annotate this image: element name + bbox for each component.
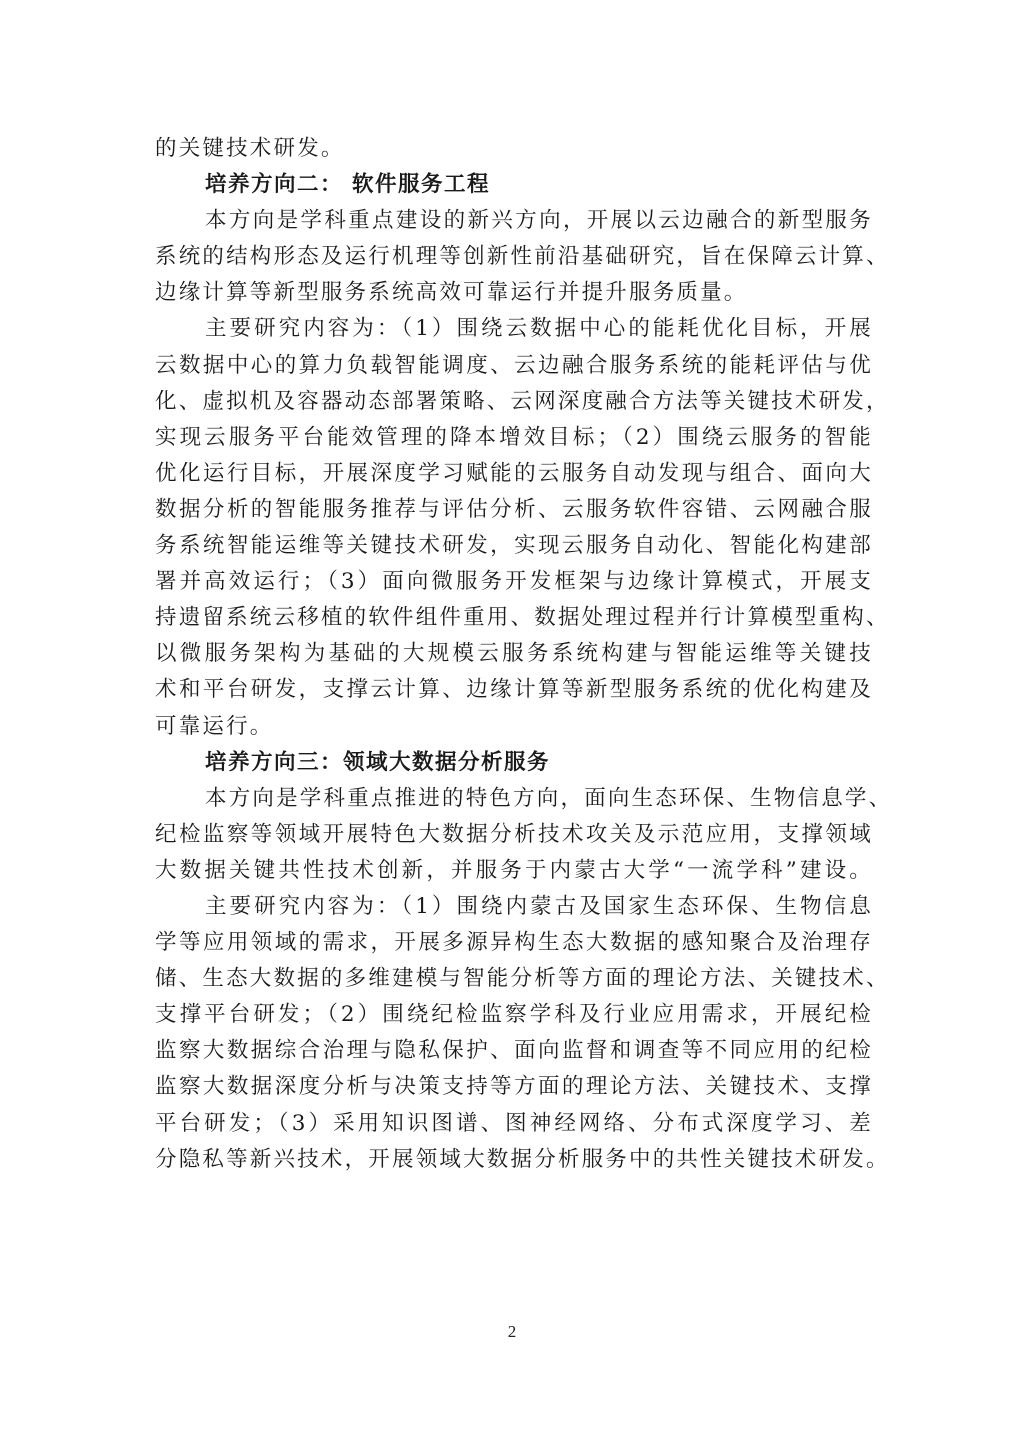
paragraph-line: 监察大数据综合治理与隐私保护、面向监督和调查等不同应用的纪检 (155, 1033, 873, 1069)
paragraph-continuation-line: 的关键技术研发。 (155, 131, 873, 167)
paragraph-line: 可靠运行。 (155, 709, 873, 745)
paragraph-line: 系统的结构形态及运行机理等创新性前沿基础研究，旨在保障云计算、 (155, 239, 873, 275)
page-number: 2 (0, 1322, 1024, 1342)
paragraph-line: 云数据中心的算力负载智能调度、云边融合服务系统的能耗评估与优 (155, 348, 873, 384)
paragraph-line: 以微服务架构为基础的大规模云服务系统构建与智能运维等关键技 (155, 636, 873, 672)
paragraph-line: 化、虚拟机及容器动态部署策略、云网深度融合方法等关键技术研发， (155, 384, 873, 420)
paragraph-line: 优化运行目标，开展深度学习赋能的云服务自动发现与组合、面向大 (155, 456, 873, 492)
paragraph-line: 务系统智能运维等关键技术研发，实现云服务自动化、智能化构建部 (155, 528, 873, 564)
paragraph-line: 数据分析的智能服务推荐与评估分析、云服务软件容错、云网融合服 (155, 492, 873, 528)
paragraph-line: 储、生态大数据的多维建模与智能分析等方面的理论方法、关键技术、 (155, 961, 873, 997)
paragraph-line: 支撑平台研发；（2）围绕纪检监察学科及行业应用需求，开展纪检 (155, 997, 873, 1033)
section-heading-software-service-engineering: 培养方向二： 软件服务工程 (155, 167, 873, 203)
paragraph-line: 持遗留系统云移植的软件组件重用、数据处理过程并行计算模型重构、 (155, 600, 873, 636)
paragraph-line: 边缘计算等新型服务系统高效可靠运行并提升服务质量。 (155, 275, 873, 311)
paragraph-line: 署并高效运行；（3）面向微服务开发框架与边缘计算模式，开展支 (155, 564, 873, 600)
paragraph-line: 主要研究内容为：（1）围绕内蒙古及国家生态环保、生物信息 (155, 889, 873, 925)
paragraph-line: 本方向是学科重点推进的特色方向，面向生态环保、生物信息学、 (155, 781, 873, 817)
paragraph-line: 本方向是学科重点建设的新兴方向，开展以云边融合的新型服务 (155, 203, 873, 239)
paragraph-line: 分隐私等新兴技术，开展领域大数据分析服务中的共性关键技术研发。 (155, 1142, 873, 1178)
paragraph-line: 实现云服务平台能效管理的降本增效目标；（2）围绕云服务的智能 (155, 420, 873, 456)
paragraph-line: 监察大数据深度分析与决策支持等方面的理论方法、关键技术、支撑 (155, 1069, 873, 1105)
document-page: 的关键技术研发。 培养方向二： 软件服务工程 本方向是学科重点建设的新兴方向，开… (0, 0, 1024, 1448)
paragraph-line: 大数据关键共性技术创新，并服务于内蒙古大学“一流学科”建设。 (155, 853, 873, 889)
paragraph-line: 纪检监察等领域开展特色大数据分析技术攻关及示范应用，支撑领域 (155, 817, 873, 853)
section-heading-domain-big-data-analytics: 培养方向三：领域大数据分析服务 (155, 745, 873, 781)
document-body: 的关键技术研发。 培养方向二： 软件服务工程 本方向是学科重点建设的新兴方向，开… (155, 131, 873, 1178)
paragraph-line: 平台研发；（3）采用知识图谱、图神经网络、分布式深度学习、差 (155, 1106, 873, 1142)
paragraph-line: 主要研究内容为：（1）围绕云数据中心的能耗优化目标，开展 (155, 311, 873, 347)
paragraph-line: 学等应用领域的需求，开展多源异构生态大数据的感知聚合及治理存 (155, 925, 873, 961)
paragraph-line: 术和平台研发，支撑云计算、边缘计算等新型服务系统的优化构建及 (155, 672, 873, 708)
